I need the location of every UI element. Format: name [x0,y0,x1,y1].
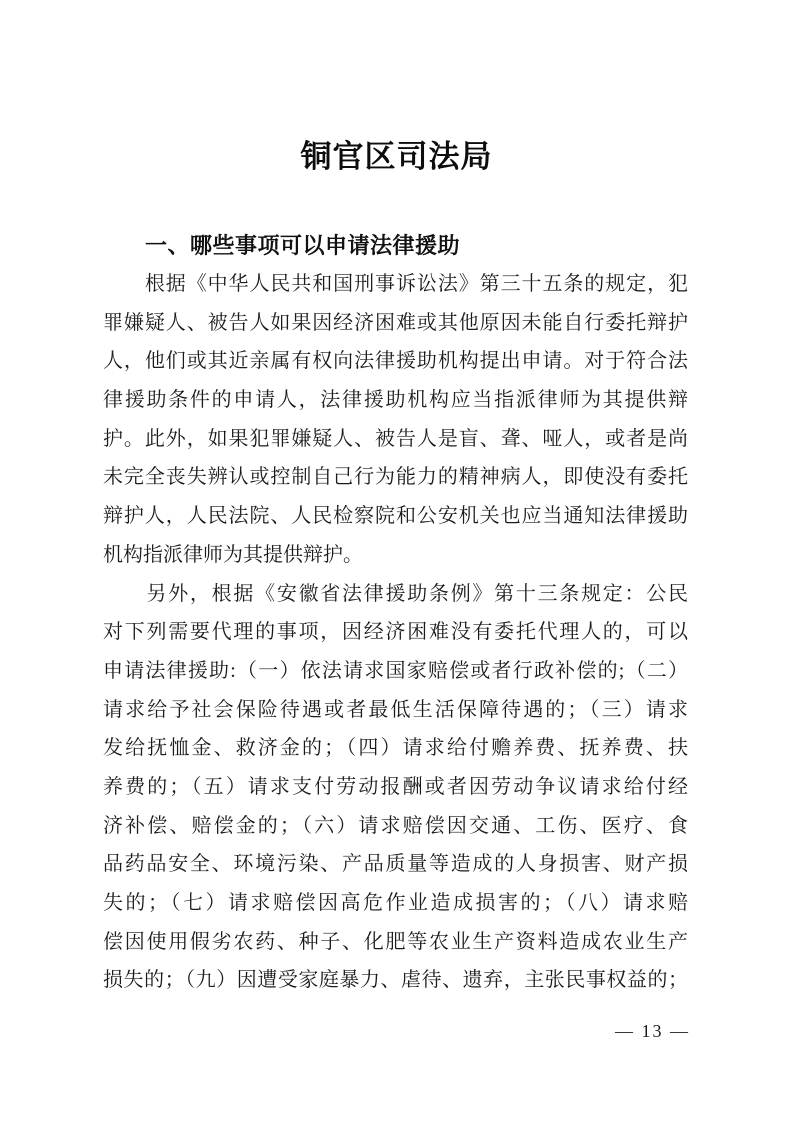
paragraph-1-line-1: 根据《中华人民共和国刑事诉讼法》第三十五条的规定，犯 [103,265,688,304]
paragraph-1-line-5: 护。此外，如果犯罪嫌疑人、被告人是盲、聋、哑人，或者是尚 [103,420,688,459]
paragraph-1-line-8: 机构指派律师为其提供辩护。 [103,536,688,575]
paragraph-2-line-11: 损失的；（九）因遭受家庭暴力、虐待、遗弃，主张民事权益的； [103,961,688,1000]
paragraph-2-line-4: 请求给予社会保险待遇或者最低生活保障待遇的；（三）请求 [103,691,688,730]
document-page: 铜官区司法局 一、哪些事项可以申请法律援助 根据《中华人民共和国刑事诉讼法》第三… [0,0,793,1122]
paragraph-1-line-6: 未完全丧失辨认或控制自己行为能力的精神病人，即使没有委托 [103,458,688,497]
paragraph-1-line-7: 辩护人，人民法院、人民检察院和公安机关也应当通知法律援助 [103,497,688,536]
paragraph-2-line-2: 对下列需要代理的事项，因经济困难没有委托代理人的，可以 [103,613,688,652]
paragraph-2-line-10: 偿因使用假劣农药、种子、化肥等农业生产资料造成农业生产 [103,923,688,962]
section-heading: 一、哪些事项可以申请法律援助 [145,227,460,264]
document-title: 铜官区司法局 [0,138,793,176]
paragraph-1-line-3: 人，他们或其近亲属有权向法律援助机构提出申请。对于符合法 [103,342,688,381]
document-body: 根据《中华人民共和国刑事诉讼法》第三十五条的规定，犯罪嫌疑人、被告人如果因经济困… [103,265,688,1000]
paragraph-2-line-1: 另外，根据《安徽省法律援助条例》第十三条规定：公民 [103,575,688,614]
paragraph-2-line-3: 申请法律援助:（一）依法请求国家赔偿或者行政补偿的;（二） [103,652,688,691]
paragraph-2-line-5: 发给抚恤金、救济金的；（四）请求给付赡养费、抚养费、扶 [103,729,688,768]
paragraph-2-line-9: 失的；（七）请求赔偿因高危作业造成损害的；（八）请求赔 [103,884,688,923]
paragraph-2-line-8: 品药品安全、环境污染、产品质量等造成的人身损害、财产损 [103,845,688,884]
paragraph-1-line-4: 律援助条件的申请人，法律援助机构应当指派律师为其提供辩 [103,381,688,420]
paragraph-2-line-6: 养费的；（五）请求支付劳动报酬或者因劳动争议请求给付经 [103,768,688,807]
paragraph-2-line-7: 济补偿、赔偿金的；（六）请求赔偿因交通、工伤、医疗、食 [103,807,688,846]
paragraph-1-line-2: 罪嫌疑人、被告人如果因经济困难或其他原因未能自行委托辩护 [103,304,688,343]
page-number: — 13 — [615,1019,690,1043]
